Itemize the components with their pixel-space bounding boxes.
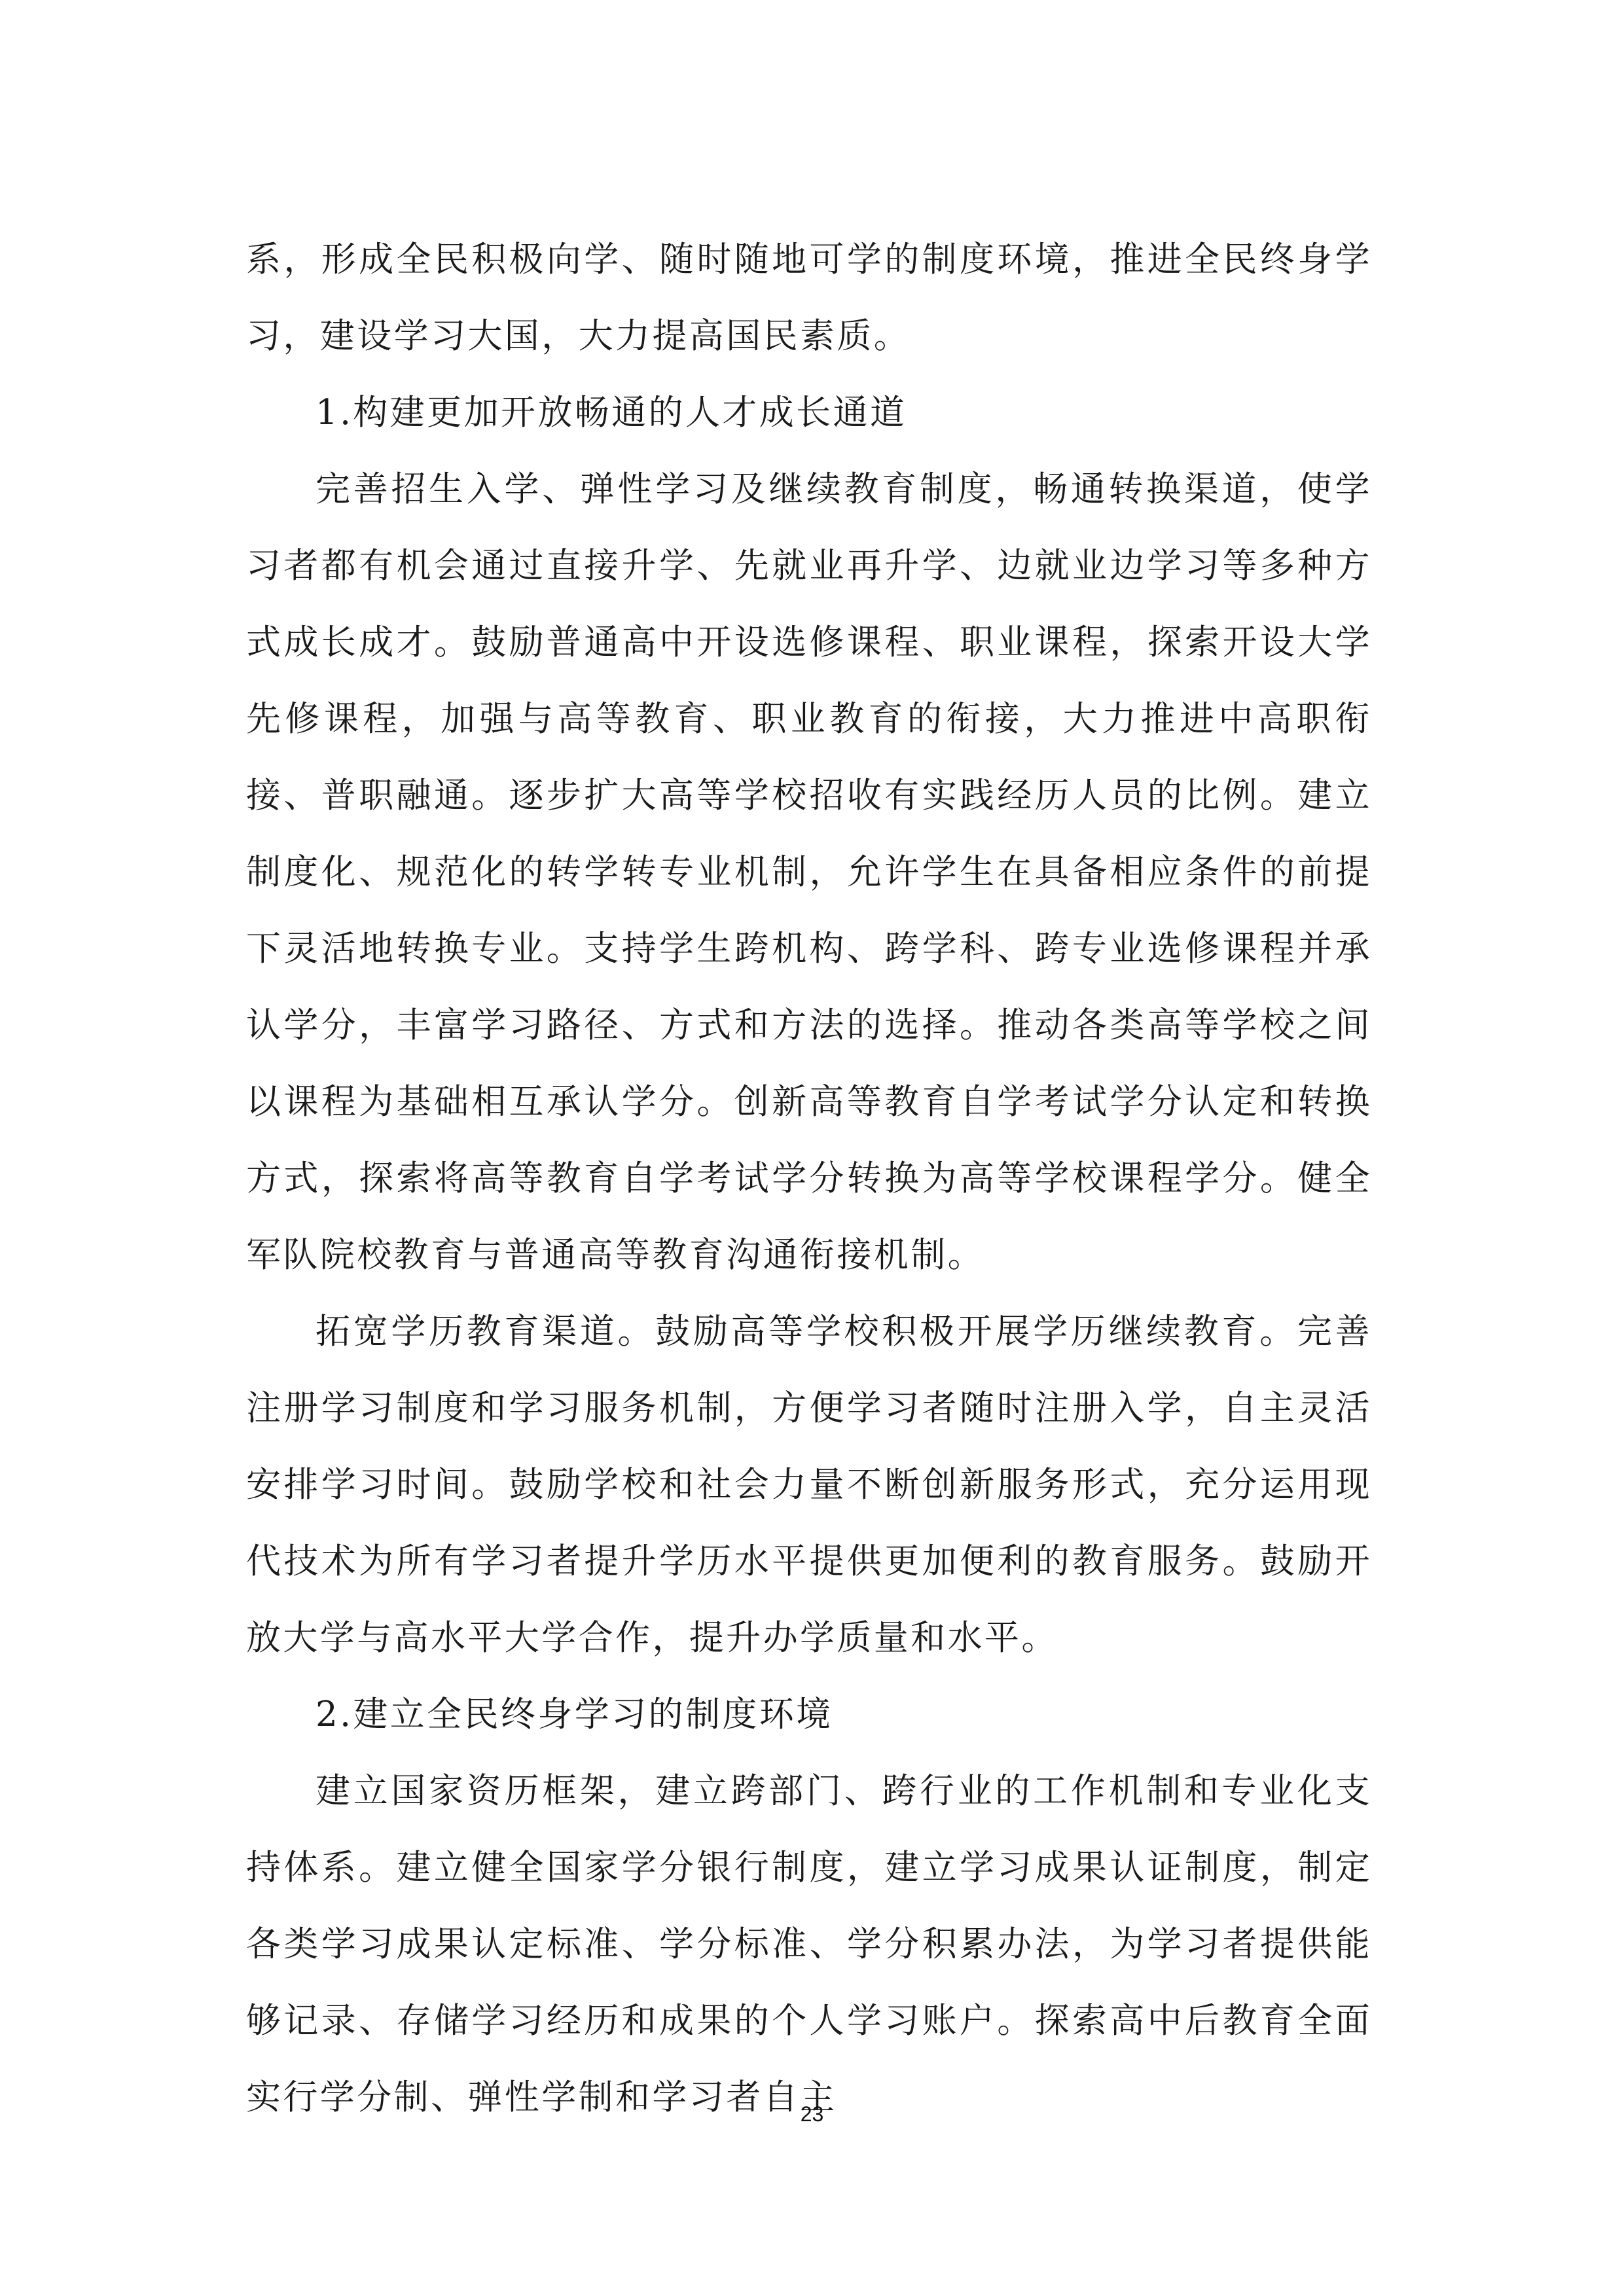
document-page: 系，形成全民积极向学、随时随地可学的制度环境，推进全民终身学习，建设学习大国，大… — [0, 0, 1624, 2296]
paragraph-lifelong-learning: 建立国家资历框架，建立跨部门、跨行业的工作机制和专业化支持体系。建立健全国家学分… — [246, 1753, 1372, 2136]
paragraph-talent-channels: 完善招生入学、弹性学习及继续教育制度，畅通转换渠道，使学习者都有机会通过直接升学… — [246, 451, 1372, 1293]
paragraph-continuation: 系，形成全民积极向学、随时随地可学的制度环境，推进全民终身学习，建设学习大国，大… — [246, 221, 1372, 374]
section-heading-1: 1.构建更加开放畅通的人才成长通道 — [246, 374, 1372, 451]
page-body: 系，形成全民积极向学、随时随地可学的制度环境，推进全民终身学习，建设学习大国，大… — [246, 221, 1372, 2136]
paragraph-degree-education: 拓宽学历教育渠道。鼓励高等学校积极开展学历继续教育。完善注册学习制度和学习服务机… — [246, 1293, 1372, 1676]
section-heading-2: 2.建立全民终身学习的制度环境 — [246, 1676, 1372, 1753]
page-number: 23 — [0, 2102, 1624, 2126]
